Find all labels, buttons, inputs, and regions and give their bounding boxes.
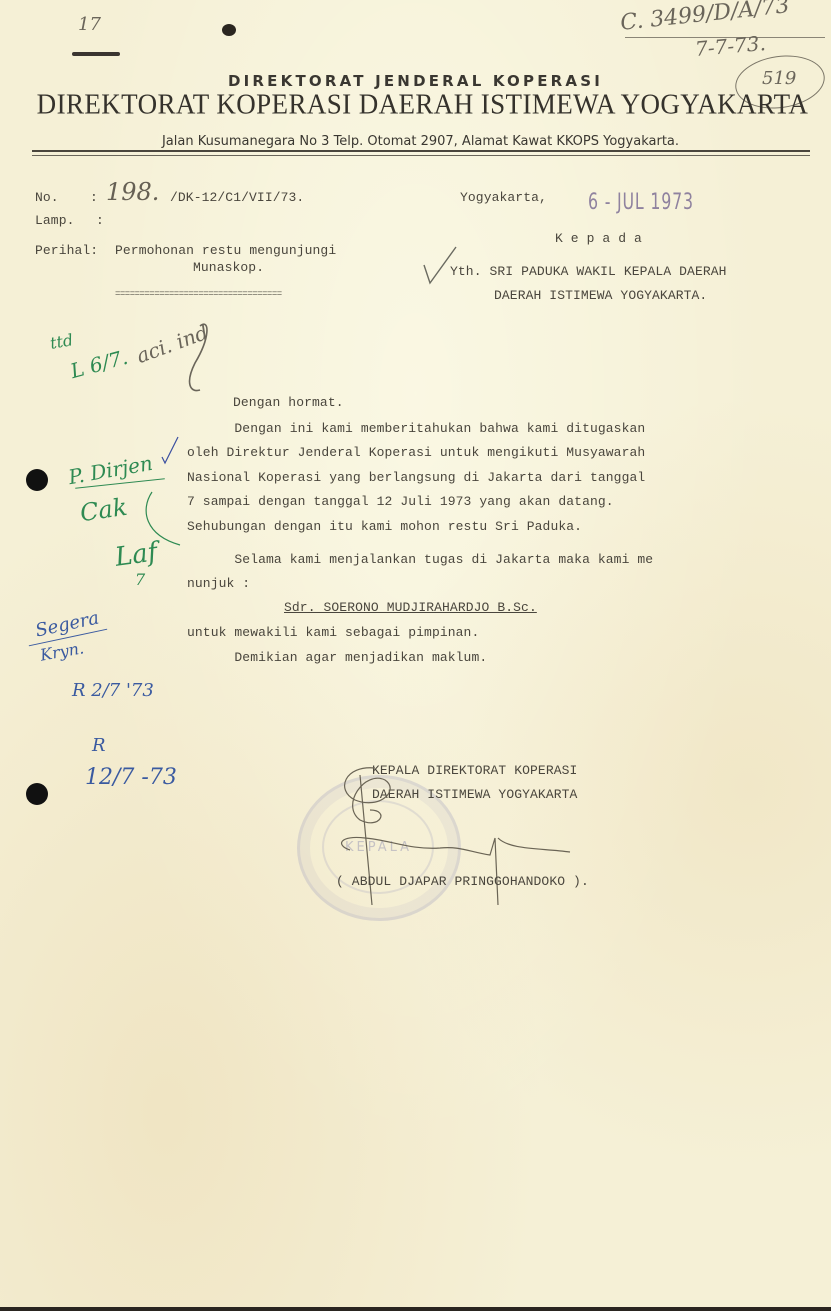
recipient-line-2: DAERAH ISTIMEWA YOGYAKARTA. <box>494 288 707 303</box>
margin-note-blue-3: R 2/7 '73 <box>72 680 154 701</box>
margin-note-green-2: L 6/7. <box>68 345 130 383</box>
signatory-name: ( ABDUL DJAPAR PRINGGOHANDOKO ). <box>336 874 589 889</box>
pencil-note-top-left: 17 <box>78 14 101 35</box>
margin-note-green-5: Laf <box>113 537 159 573</box>
blue-check-icon <box>160 435 180 465</box>
attachment-value: : <box>96 213 104 228</box>
body-line-1: Dengan ini kami memberitahukan bahwa kam… <box>187 421 645 436</box>
attachment-label: Lamp. <box>35 213 75 228</box>
letterhead-rule-top <box>32 150 810 152</box>
letterhead-rule-bottom <box>32 155 810 156</box>
number-handwritten: 198. <box>106 178 159 206</box>
salutation: Dengan hormat. <box>233 395 344 410</box>
body-line-2: oleh Direktur Jenderal Koperasi untuk me… <box>187 445 645 460</box>
body-line-4: 7 sampai dengan tanggal 12 Juli 1973 yan… <box>187 494 614 509</box>
appointee-name: Sdr. SOERONO MUDJIRAHARDJO B.Sc. <box>284 600 537 615</box>
margin-note-blue-5: 12/7 -73 <box>85 765 177 790</box>
closing-line: Demikian agar menjadikan maklum. <box>187 650 487 665</box>
punch-hole <box>26 469 48 491</box>
subject-line-2: Munaskop. <box>193 260 264 275</box>
date-stamp: 6 - JUL 1973 <box>588 190 694 215</box>
recipient-kepada: K e p a d a <box>555 231 642 246</box>
margin-note-green-6: 7 <box>135 570 145 589</box>
place: Yogyakarta, <box>460 190 547 205</box>
body-line-5: Sehubungan dengan itu kami mohon restu S… <box>187 519 582 534</box>
body-line-3: Nasional Koperasi yang berlangsung di Ja… <box>187 470 645 485</box>
body-line-8: untuk mewakili kami sebagai pimpinan. <box>187 625 479 640</box>
margin-note-green-1: ttd <box>49 330 75 353</box>
margin-note-blue-4: R <box>92 735 106 756</box>
scanned-letter-page: 17 C. 3499/D/A/73 7-7-73. 519 DIREKTORAT… <box>0 0 831 1311</box>
number-reference: /DK-12/C1/VII/73. <box>170 190 304 205</box>
registration-number: C. 3499/D/A/73 <box>619 0 790 36</box>
ink-smudge <box>72 52 120 56</box>
pencil-flourish-icon <box>160 318 220 398</box>
margin-note-green-4: Cak <box>78 493 129 527</box>
letterhead-address: Jalan Kusumanegara No 3 Telp. Otomat 290… <box>0 134 831 149</box>
letterhead-directorate: DIREKTORAT KOPERASI DAERAH ISTIMEWA YOGY… <box>30 88 815 121</box>
punch-hole <box>26 783 48 805</box>
subject-line-1: Permohonan restu mengunjungi <box>115 243 336 258</box>
registration-date: 7-7-73. <box>694 31 767 61</box>
ink-blot <box>222 24 236 36</box>
subject-label: Perihal: <box>35 243 98 258</box>
recipient-line-1: Yth. SRI PADUKA WAKIL KEPALA DAERAH <box>450 264 727 279</box>
number-separator: : <box>90 190 98 205</box>
number-label: No. <box>35 190 59 205</box>
body-line-6: Selama kami menjalankan tugas di Jakarta… <box>187 552 653 567</box>
subject-rule: ================================== <box>115 289 282 299</box>
body-line-7: nunjuk : <box>187 576 250 591</box>
